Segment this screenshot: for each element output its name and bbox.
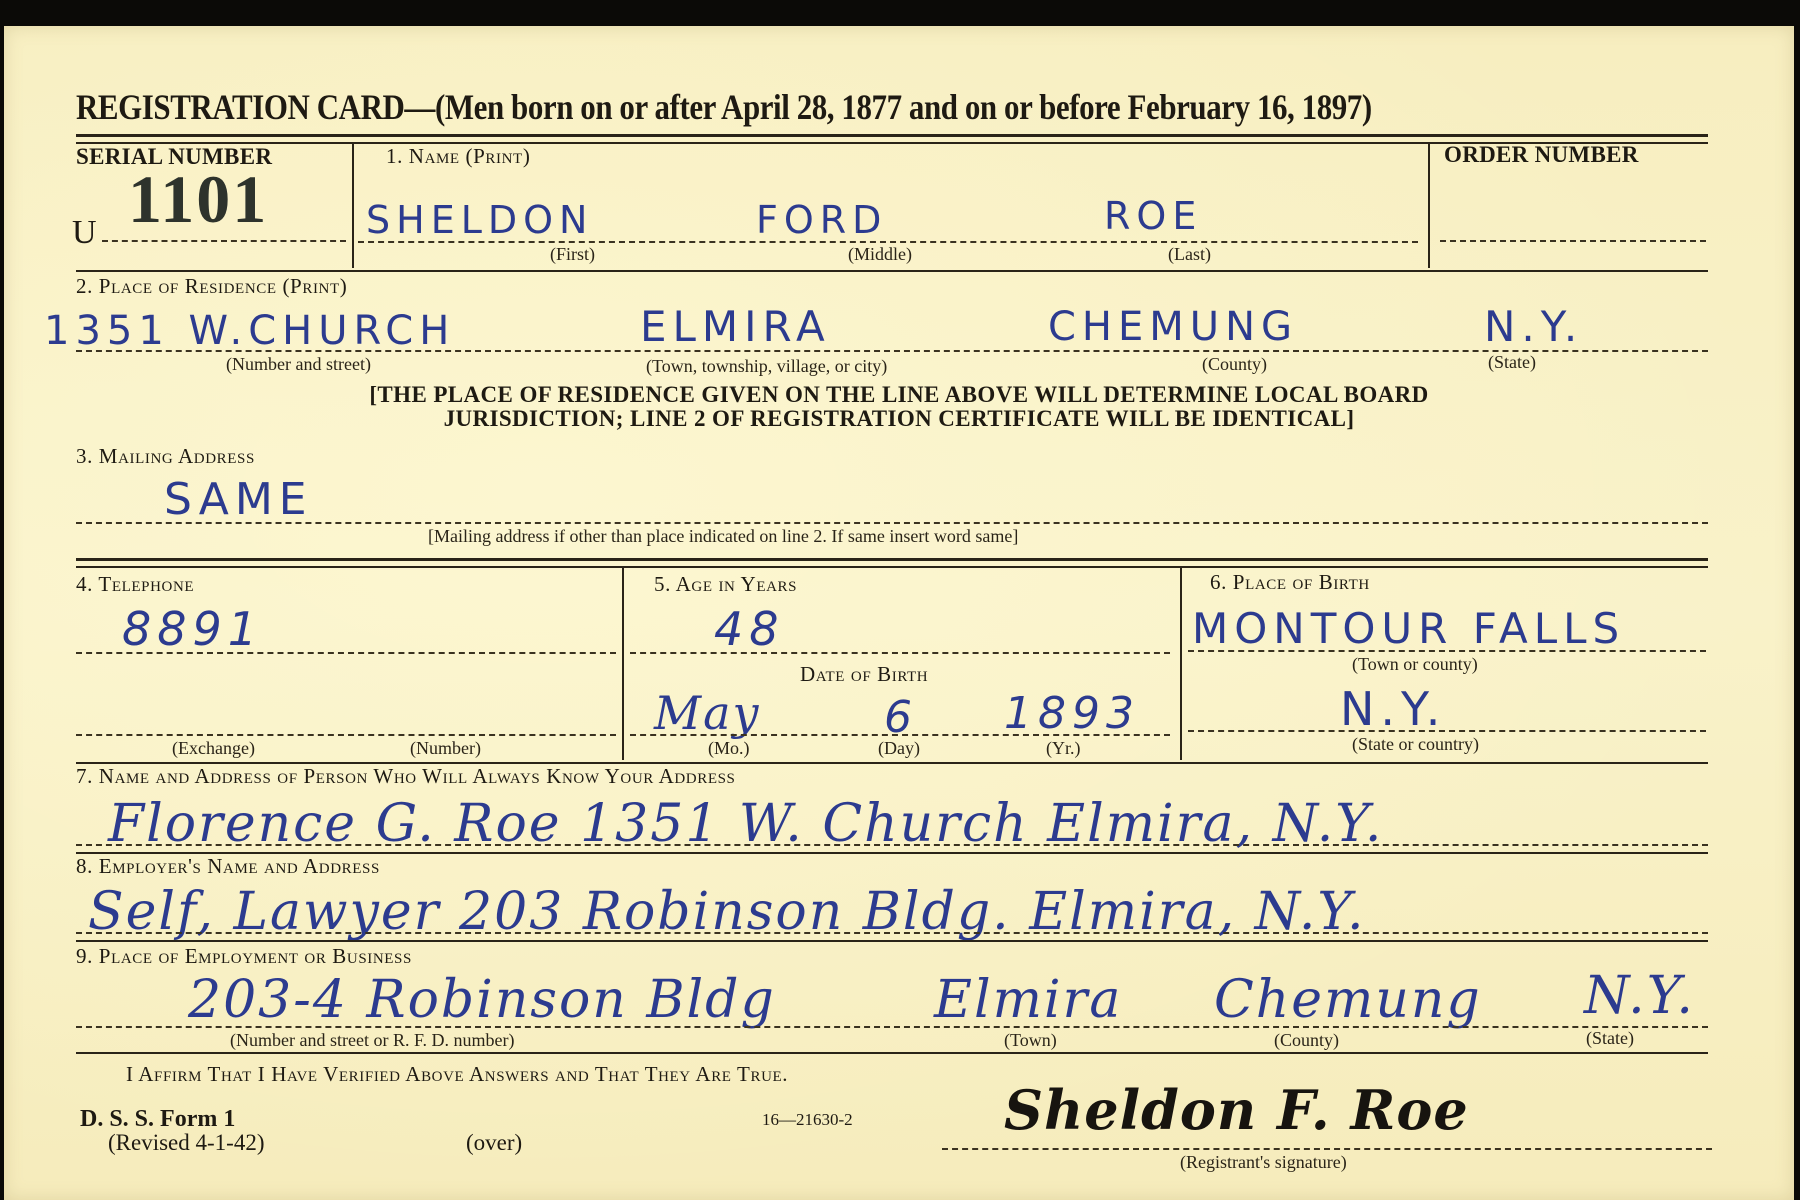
name-middle[interactable]: FORD xyxy=(756,198,887,242)
employment-county[interactable]: Chemung xyxy=(1214,970,1482,1030)
residence-town-caption: (Town, township, village, or city) xyxy=(646,356,887,377)
residence-state[interactable]: N.Y. xyxy=(1484,302,1583,351)
mailing-line xyxy=(76,522,1708,524)
serial-number: 1101 xyxy=(128,160,268,239)
name-label: 1. Name (Print) xyxy=(386,144,530,169)
telephone-line-2 xyxy=(76,734,616,736)
dob-label: Date of Birth xyxy=(800,662,928,687)
age-divider xyxy=(1180,568,1182,760)
row3-bottom-rule-2 xyxy=(76,566,1708,568)
name-line xyxy=(358,241,1418,243)
contact-label: 7. Name and Address of Person Who Will A… xyxy=(76,764,735,789)
employment-street-caption: (Number and street or R. F. D. number) xyxy=(230,1030,515,1051)
row1-bottom-rule xyxy=(76,270,1708,272)
registration-card: REGISTRATION CARD—(Men born on or after … xyxy=(4,26,1794,1200)
birthplace-town-line xyxy=(1188,650,1706,652)
serial-divider xyxy=(352,144,354,268)
residence-town[interactable]: ELMIRA xyxy=(640,302,831,351)
residence-street[interactable]: 1351 W.CHURCH xyxy=(44,308,455,354)
signature-caption: (Registrant's signature) xyxy=(1180,1152,1347,1173)
print-code: 16—21630-2 xyxy=(762,1110,853,1130)
age-label: 5. Age in Years xyxy=(654,572,797,597)
registrant-signature[interactable]: Sheldon F. Roe xyxy=(1004,1078,1469,1142)
age-value[interactable]: 48 xyxy=(714,602,785,656)
residence-notice-line1: [THE PLACE OF RESIDENCE GIVEN ON THE LIN… xyxy=(4,382,1794,408)
form-number: D. S. S. Form 1 xyxy=(80,1106,235,1133)
birthplace-town-caption: (Town or county) xyxy=(1352,654,1478,675)
residence-line xyxy=(76,350,1708,352)
dob-day-caption: (Day) xyxy=(878,738,920,759)
employment-town[interactable]: Elmira xyxy=(934,970,1122,1030)
birthplace-state-line xyxy=(1188,730,1706,732)
dob-line xyxy=(630,734,1170,736)
employment-label: 9. Place of Employment or Business xyxy=(76,944,412,969)
telephone-label: 4. Telephone xyxy=(76,572,194,597)
residence-county[interactable]: CHEMUNG xyxy=(1048,304,1298,350)
dob-month-caption: (Mo.) xyxy=(708,738,750,759)
telephone-exchange-caption: (Exchange) xyxy=(172,738,255,759)
name-last-caption: (Last) xyxy=(1168,244,1211,265)
residence-street-caption: (Number and street) xyxy=(226,354,371,375)
telephone-value[interactable]: 8891 xyxy=(122,602,263,656)
row8-bottom-rule xyxy=(76,940,1708,942)
birthplace-label: 6. Place of Birth xyxy=(1210,570,1370,595)
affirmation-text: I Affirm That I Have Verified Above Answ… xyxy=(126,1062,788,1087)
card-title: REGISTRATION CARD—(Men born on or after … xyxy=(76,86,1372,128)
serial-prefix: U xyxy=(72,214,97,252)
dob-year[interactable]: 1893 xyxy=(1004,688,1140,739)
contact-line xyxy=(76,844,1708,846)
over-label: (over) xyxy=(466,1130,522,1156)
name-first-caption: (First) xyxy=(550,244,595,265)
employment-town-caption: (Town) xyxy=(1004,1030,1057,1051)
employment-county-caption: (County) xyxy=(1274,1030,1339,1051)
employment-state[interactable]: N.Y. xyxy=(1584,966,1695,1026)
telephone-number-caption: (Number) xyxy=(410,738,481,759)
telephone-divider xyxy=(622,568,624,760)
dob-month[interactable]: May xyxy=(654,686,761,740)
mailing-label: 3. Mailing Address xyxy=(76,444,255,469)
top-rule xyxy=(76,134,1708,137)
residence-state-caption: (State) xyxy=(1488,352,1536,373)
name-middle-caption: (Middle) xyxy=(848,244,912,265)
row3-bottom-rule xyxy=(76,558,1708,561)
name-first[interactable]: SHELDON xyxy=(366,198,593,242)
order-divider xyxy=(1428,144,1430,268)
dob-year-caption: (Yr.) xyxy=(1046,738,1081,759)
row9-bottom-rule xyxy=(76,1052,1708,1054)
birthplace-state[interactable]: N.Y. xyxy=(1340,682,1446,736)
signature-line xyxy=(942,1148,1712,1150)
residence-notice-line2: JURISDICTION; LINE 2 OF REGISTRATION CER… xyxy=(4,406,1794,432)
employer-label: 8. Employer's Name and Address xyxy=(76,854,380,879)
birthplace-state-caption: (State or country) xyxy=(1352,734,1479,755)
employment-line xyxy=(76,1026,1708,1028)
employer-line xyxy=(76,932,1708,934)
age-line xyxy=(630,652,1170,654)
employment-state-caption: (State) xyxy=(1586,1028,1634,1049)
telephone-line-1 xyxy=(76,652,616,654)
birthplace-town[interactable]: MONTOUR FALLS xyxy=(1192,604,1625,653)
form-revised: (Revised 4-1-42) xyxy=(108,1130,265,1156)
employment-street[interactable]: 203-4 Robinson Bldg xyxy=(188,970,776,1030)
residence-county-caption: (County) xyxy=(1202,354,1267,375)
name-last[interactable]: ROE xyxy=(1104,194,1202,238)
serial-line xyxy=(102,240,346,242)
order-line xyxy=(1440,240,1706,242)
mailing-caption: [Mailing address if other than place ind… xyxy=(428,526,1018,547)
mailing-value[interactable]: SAME xyxy=(164,474,313,525)
residence-label: 2. Place of Residence (Print) xyxy=(76,274,347,299)
order-label: ORDER NUMBER xyxy=(1444,142,1639,168)
